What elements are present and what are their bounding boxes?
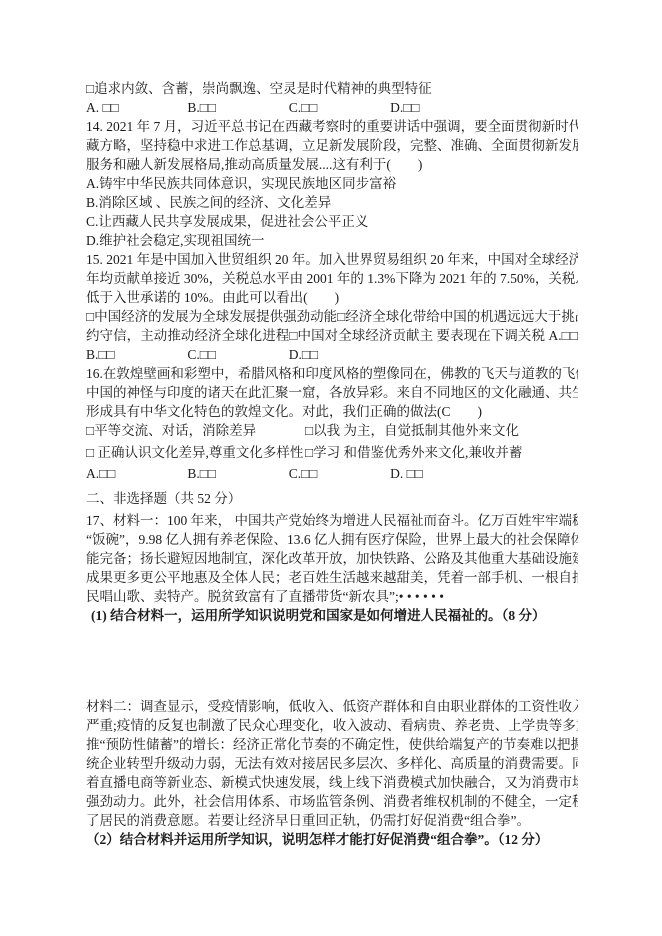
q17-material2-line: 着直播电商等新业态、新模式快速发展，线上线下消费模式加快融合，又为消费市场注入了 [86,773,578,792]
question-13: □追求内敛、含蓄，崇尚飘逸、空灵是时代精神的典型特征 A. □□ B.□□ C.… [86,79,578,117]
q15-stem-line: 年均贡献单接近 30%，关税总水平由 2001 年的 1.3%下降为 2021 … [86,269,578,288]
q13-option-b: B.□□ [187,98,285,117]
q16-option-b: B.□□ [187,464,285,483]
q16-statement-row-1: □平等交流、对话，消除差异 □以我 为主，自觉抵制其他外来文化 [86,421,578,440]
q17-material2-line: 统企业转型升级动力弱，无法有效对接居民多层次、多样化、高质量的消费需要。同时，随 [86,754,578,773]
q16-statement-2: □以我 为主，自觉抵制其他外来文化 [305,421,519,440]
q14-option-b: B.消除区域 、民族之间的经济、文化差异 [86,193,578,212]
q17-material2-line: 推“预防性储蓄”的增长：经济正常化节奏的不确定性，使供给端复产的节奏难以把握，传 [86,735,578,754]
q15-option-c: C.□□ [187,345,285,364]
q13-options-row: A. □□ B.□□ C.□□ D.□□ [86,98,578,117]
q15-stem-line: 15. 2021 年是中国加入世贸组织 20 年。加入世界贸易组织 20 年来，… [86,250,578,269]
q15-statement-line: □中国经济的发展为全球发展提供强劲动能□经济全球化带给中国的机遇远远大于挑战□中… [86,307,578,326]
q16-option-d: D. □□ [390,464,423,483]
q16-statement-1: □平等交流、对话，消除差异 [86,421,305,440]
q14-stem-line: 藏方略，坚持稳中求进工作总基调，立足新发展阶段，完整、准确、全面贯彻新发展理念， [86,136,578,155]
q16-stem-line: 16.在敦煌壁画和彩塑中，希腊风格和印度风格的塑像同在，佛教的飞天与道教的飞仙共… [86,364,578,383]
q13-option-c: C.□□ [289,98,387,117]
question-17: 17、材料一：100 年来， 中国共产党始终为增进人民福祉而奋斗。亿万百姓牢牢端… [86,511,578,849]
q17-material1-line: 民唱山歌、卖特产。脱贫致富有了直播带货“新农具”;• • • • • • [86,587,578,606]
exam-document-page: □追求内敛、含蓄，崇尚飘逸、空灵是时代精神的典型特征 A. □□ B.□□ C.… [0,0,662,936]
q15-statement-line: 约守信，主动推动经济全球化进程□中国对全球经济贡献主 要表现在下调关税 A.□□ [86,326,578,345]
q17-material1-line: 能完备；扬长避短因地制宜，深化改革开放，加快铁路、公路及其他重大基础设施建设发展 [86,549,578,568]
q13-stem: □追求内敛、含蓄，崇尚飘逸、空灵是时代精神的典型特征 [86,79,578,98]
question-16: 16.在敦煌壁画和彩塑中，希腊风格和印度风格的塑像同在，佛教的飞天与道教的飞仙共… [86,364,578,483]
q13-option-d: D.□□ [390,98,419,117]
q17-part2-question: （2）结合材料并运用所学知识，说明怎样才能打好促消费“组合拳”。（12 分） [86,830,578,849]
q16-statement-4: □学习 和借鉴优秀外来文化,兼收并蓄 [305,443,522,462]
q16-option-a: A.□□ [86,464,184,483]
q16-stem-line: 中国的神怪与印度的诸天在此汇聚一窟，各放异彩。来自不同地区的文化融通、共生，最终 [86,383,578,402]
q14-stem-line: 服务和融人新发展格局,推动高质量发展....这有利于( ) [86,155,578,174]
q14-stem-line: 14. 2021 年 7 月，习近平总书记在西藏考察时的重要讲话中强调，要全面贯… [86,117,578,136]
q13-option-a: A. □□ [86,98,184,117]
q17-material2-line: 材料二：调查显示，受疫情影响，低收入、低资产群体和自由职业群体的工资性收入下滑最 [86,697,578,716]
q14-option-d: D.维护社会稳定,实现祖国统一 [86,231,578,250]
q17-material2-line: 了居民的消费意愿。若要让经济早日重回正轨，仍需打好促消费“组合拳”。 [86,811,578,830]
q17-material1-line: “饭碗”，9.98 亿人拥有养老保险、13.6 亿人拥有医疗保险，世界上最大的社… [86,530,578,549]
q14-option-a: A.铸牢中华民族共同体意识，实现民族地区同步富裕 [86,174,578,193]
question-15: 15. 2021 年是中国加入世贸组织 20 年。加入世界贸易组织 20 年来，… [86,250,578,364]
q15-option-d: D.□□ [289,345,318,364]
q17-material2-line: 严重;疫情的反复也制激了民众心理变化，收入波动、看病贵、养老贵、上学贵等多重因素… [86,716,578,735]
q16-option-c: C.□□ [289,464,387,483]
q17-material2-line: 强劲动力。此外，社会信用体系、市场监管条例、消费者维权机制的不健全，一定程度降低 [86,792,578,811]
q16-statement-3: □ 正确认识文化差异,尊重文化多样性 [86,443,305,462]
q17-material1-line: 成果更多更公平地惠及全体人民；老百姓生活越来越甜美，凭着一部手机、一根自拍杆、村 [86,568,578,587]
question-14: 14. 2021 年 7 月，习近平总书记在西藏考察时的重要讲话中强调，要全面贯… [86,117,578,250]
q17-material1-line: 17、材料一：100 年来， 中国共产党始终为增进人民福祉而奋斗。亿万百姓牢牢端… [86,511,578,530]
q17-part1-question: (1) 结合材料一，运用所学知识说明党和国家是如何增进人民福祉的。（8 分） [86,606,578,625]
q16-options-row: A.□□ B.□□ C.□□ D. □□ [86,464,578,483]
q14-option-c: C.让西藏人民共享发展成果，促进社会公平正义 [86,212,578,231]
q15-stem-line: 低于入世承诺的 10%。由此可以看出( ) [86,288,578,307]
q15-options-row: B.□□ C.□□ D.□□ [86,345,578,364]
section-2-heading: 二、非选择题（共 52 分） [86,489,578,508]
q15-option-b: B.□□ [86,345,184,364]
q16-stem-line: 形成具有中华文化特色的敦煌文化。对此，我们正确的做法(C ) [86,402,578,421]
q16-statement-row-2: □ 正确认识文化差异,尊重文化多样性 □学习 和借鉴优秀外来文化,兼收并蓄 [86,443,578,462]
exam-text-block: □追求内敛、含蓄，崇尚飘逸、空灵是时代精神的典型特征 A. □□ B.□□ C.… [86,79,578,849]
